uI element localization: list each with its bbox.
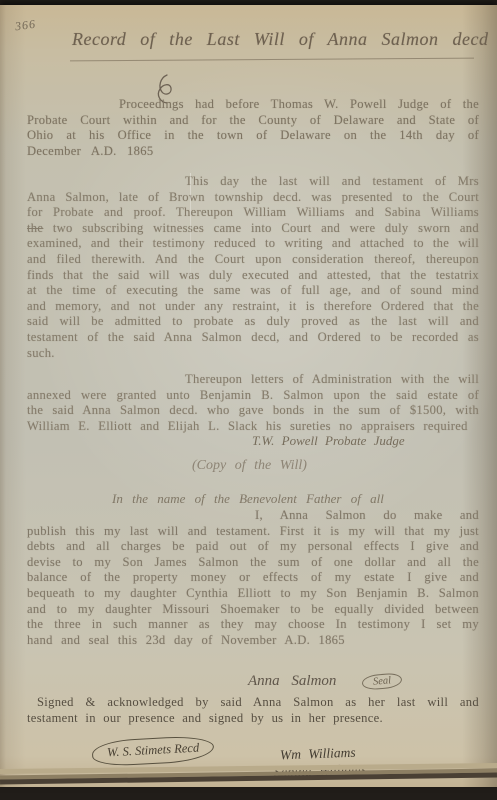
page-sheen bbox=[190, 173, 191, 313]
recorder-stamp: W. S. Stimets Recd bbox=[91, 735, 214, 767]
seal-stamp: Seal bbox=[362, 672, 403, 690]
will-invocation: In the name of the Benevolent Father of … bbox=[112, 491, 384, 507]
witness-signature: Wm Williams bbox=[280, 745, 356, 764]
title-underline bbox=[70, 58, 474, 62]
proceedings-opening-paragraph: Proceedings had before Thomas W. Powell … bbox=[27, 97, 479, 159]
probate-finding-text-before-strike: This day the last will and testament of … bbox=[27, 174, 479, 219]
record-title: Record of the Last Will of Anna Salmon d… bbox=[72, 29, 474, 50]
copy-of-will-heading: (Copy of the Will) bbox=[192, 458, 307, 474]
testator-signature: Anna Salmon bbox=[248, 673, 336, 689]
scanned-record-page: 366 Record of the Last Will of Anna Salm… bbox=[0, 5, 497, 787]
judge-signature: T.W. Powell Probate Judge bbox=[252, 433, 405, 449]
probate-finding-paragraph: This day the last will and testament of … bbox=[27, 174, 479, 361]
probate-finding-text-after-strike: two subscribing witnesses came into Cour… bbox=[27, 221, 479, 360]
testator-signature-line: Anna SalmonSeal bbox=[248, 673, 403, 690]
attestation-clause: Signed & acknowledged by said Anna Salmo… bbox=[27, 695, 479, 726]
strikethrough-word: the bbox=[27, 221, 43, 235]
page-number: 366 bbox=[14, 17, 37, 35]
letters-of-administration-paragraph: Thereupon letters of Administration with… bbox=[27, 372, 479, 434]
will-body-text: I, Anna Salmon do make and publish this … bbox=[27, 508, 479, 648]
